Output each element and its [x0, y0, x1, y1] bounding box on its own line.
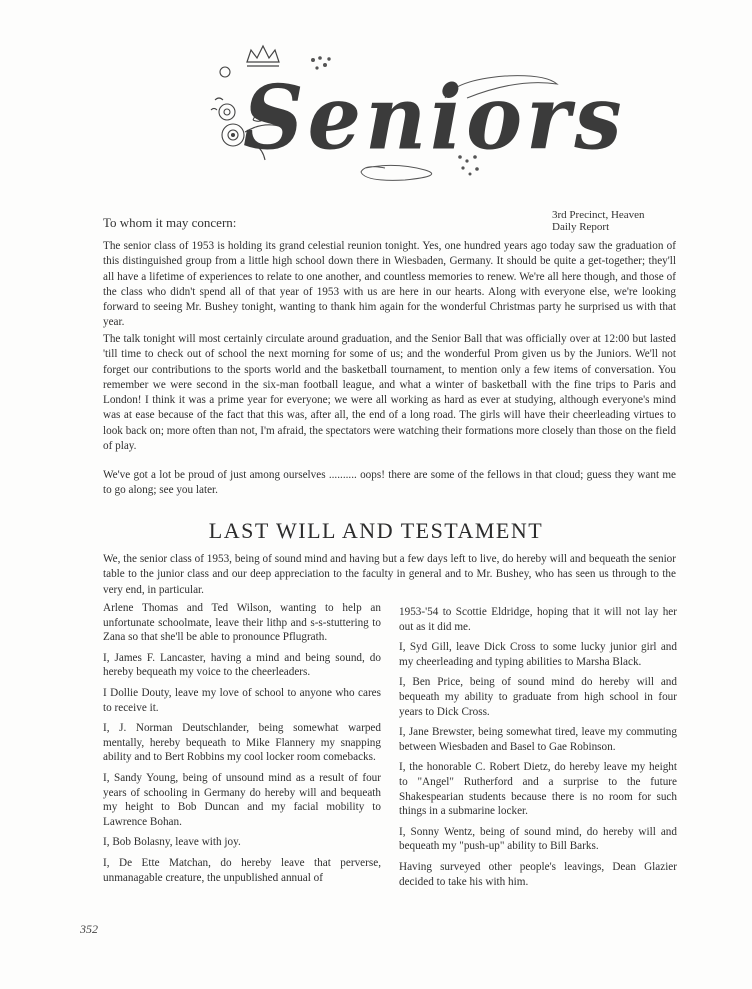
bequest-item: I, De Ette Matchan, do hereby leave that…	[103, 856, 381, 885]
letter-paragraph: The senior class of 1953 is holding its …	[103, 239, 676, 331]
bequest-item: 1953-'54 to Scottie Eldridge, hoping tha…	[399, 605, 677, 634]
crown-icon	[247, 46, 279, 66]
letter-paragraph: The talk tonight will most certainly cir…	[103, 332, 676, 454]
bequest-item: Having surveyed other people's leavings,…	[399, 860, 677, 889]
dateline-location: 3rd Precinct, Heaven	[552, 209, 645, 221]
dateline-publication: Daily Report	[552, 221, 645, 233]
bequest-item: I, Jane Brewster, being somewhat tired, …	[399, 725, 677, 754]
bequest-item: Arlene Thomas and Ted Wilson, wanting to…	[103, 601, 381, 645]
bequest-column-right: 1953-'54 to Scottie Eldridge, hoping tha…	[399, 605, 677, 895]
masthead: Seniors	[205, 40, 575, 190]
will-intro: We, the senior class of 1953, being of s…	[103, 552, 676, 598]
letter-paragraph: We've got a lot be proud of just among o…	[103, 468, 676, 499]
bequest-item: I Dollie Douty, leave my love of school …	[103, 686, 381, 715]
bequest-item: I, Syd Gill, leave Dick Cross to some lu…	[399, 640, 677, 669]
bequest-item: I, J. Norman Deutschlander, being somewh…	[103, 721, 381, 765]
bequest-item: I, Ben Price, being of sound mind do her…	[399, 675, 677, 719]
bequest-column-left: Arlene Thomas and Ted Wilson, wanting to…	[103, 601, 381, 891]
bequest-item: I, the honorable C. Robert Dietz, do her…	[399, 760, 677, 818]
page-number: 352	[80, 922, 98, 937]
yearbook-page: Seniors To whom it may concern: 3rd Prec…	[0, 0, 752, 989]
bequest-item: I, Bob Bolasny, leave with joy.	[103, 835, 381, 850]
dateline: 3rd Precinct, Heaven Daily Report	[552, 209, 645, 233]
bequest-item: I, Sonny Wentz, being of sound mind, do …	[399, 825, 677, 854]
masthead-title: Seniors	[243, 66, 626, 170]
section-heading: LAST WILL AND TESTAMENT	[0, 518, 752, 544]
salutation: To whom it may concern:	[103, 215, 236, 231]
bequest-item: I, James F. Lancaster, having a mind and…	[103, 651, 381, 680]
bequest-item: I, Sandy Young, being of unsound mind as…	[103, 771, 381, 829]
